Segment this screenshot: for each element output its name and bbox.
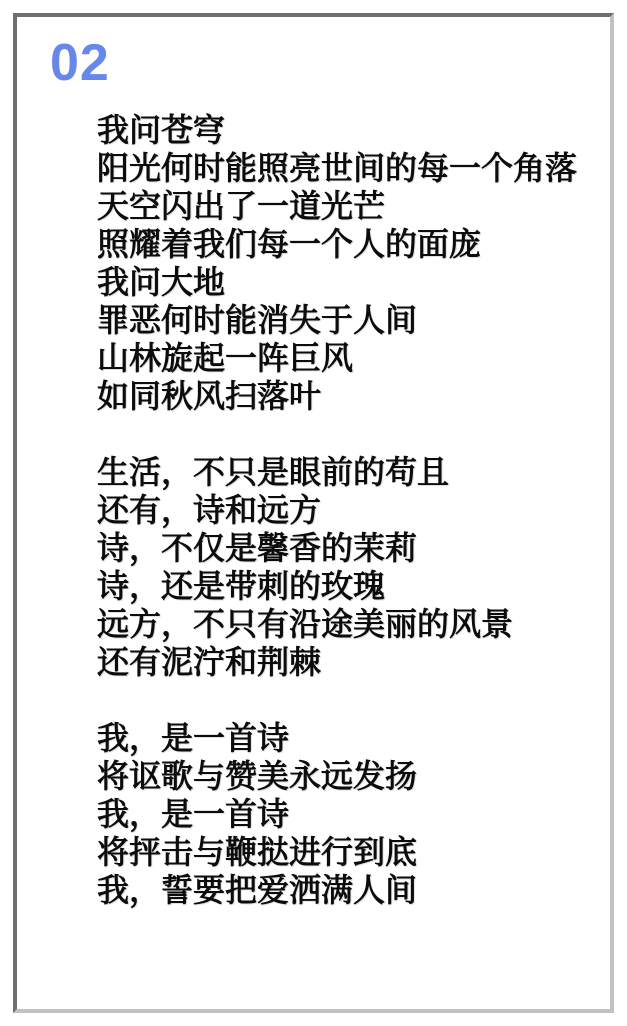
stanza: 生活，不只是眼前的苟且还有，诗和远方诗，不仅是馨香的茉莉诗，还是带刺的玫瑰远方，… bbox=[97, 453, 586, 681]
poem-line: 照耀着我们每一个人的面庞 bbox=[97, 225, 586, 263]
poem: 我问苍穹阳光何时能照亮世间的每一个角落天空闪出了一道光芒照耀着我们每一个人的面庞… bbox=[97, 111, 586, 909]
poem-line: 诗，还是带刺的玫瑰 bbox=[97, 567, 586, 605]
stanza: 我，是一首诗将讴歌与赞美永远发扬我，是一首诗将抨击与鞭挞进行到底我，誓要把爱洒满… bbox=[97, 719, 586, 909]
poem-line: 罪恶何时能消失于人间 bbox=[97, 301, 586, 339]
poem-line: 如同秋风扫落叶 bbox=[97, 377, 586, 415]
poem-line: 生活，不只是眼前的苟且 bbox=[97, 453, 586, 491]
poem-line: 我，是一首诗 bbox=[97, 719, 586, 757]
poem-line: 远方，不只有沿途美丽的风景 bbox=[97, 605, 586, 643]
poem-line: 阳光何时能照亮世间的每一个角落 bbox=[97, 149, 586, 187]
slide-canvas: 02 我问苍穹阳光何时能照亮世间的每一个角落天空闪出了一道光芒照耀着我们每一个人… bbox=[0, 0, 627, 1026]
poem-line: 将抨击与鞭挞进行到底 bbox=[97, 833, 586, 871]
poem-line: 天空闪出了一道光芒 bbox=[97, 187, 586, 225]
poem-line: 还有，诗和远方 bbox=[97, 491, 586, 529]
poem-line: 我问苍穹 bbox=[97, 111, 586, 149]
poem-line: 我，誓要把爱洒满人间 bbox=[97, 871, 586, 909]
poem-line: 我问大地 bbox=[97, 263, 586, 301]
section-number: 02 bbox=[50, 41, 610, 85]
poem-line: 我，是一首诗 bbox=[97, 795, 586, 833]
stanza: 我问苍穹阳光何时能照亮世间的每一个角落天空闪出了一道光芒照耀着我们每一个人的面庞… bbox=[97, 111, 586, 415]
poem-line: 山林旋起一阵巨风 bbox=[97, 339, 586, 377]
poem-line: 还有泥泞和荆棘 bbox=[97, 643, 586, 681]
poem-line: 将讴歌与赞美永远发扬 bbox=[97, 757, 586, 795]
page-frame: 02 我问苍穹阳光何时能照亮世间的每一个角落天空闪出了一道光芒照耀着我们每一个人… bbox=[13, 13, 614, 1013]
poem-line: 诗，不仅是馨香的茉莉 bbox=[97, 529, 586, 567]
